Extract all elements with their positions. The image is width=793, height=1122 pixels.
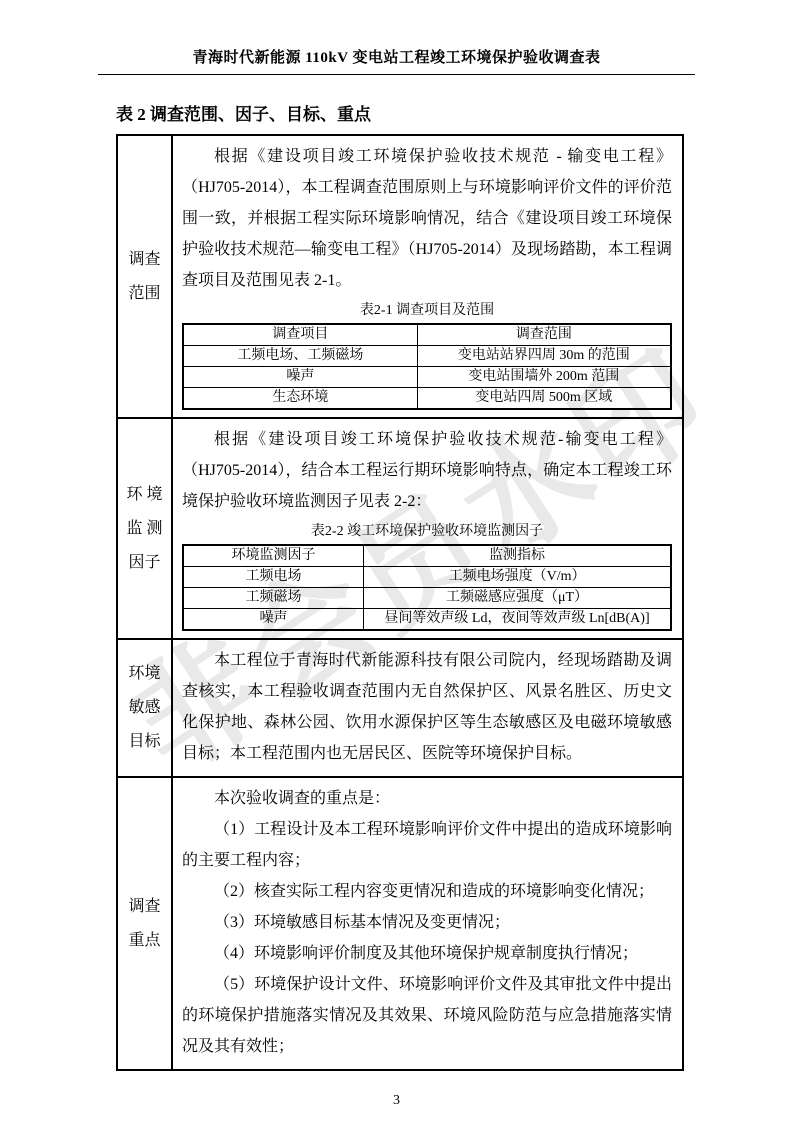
subtable-2-2-col1-header: 环境监测因子	[183, 545, 364, 567]
survey-scope-table: 调查 范围 根据《建设项目竣工环境保护验收技术规范 - 输变电工程》（HJ705…	[116, 134, 684, 1071]
subtable-cell-indicator: 工频电场强度（V/m）	[364, 567, 671, 588]
row-label-line: 环 境	[121, 478, 168, 512]
targets-paragraph: 本工程位于青海时代新能源科技有限公司院内，经现场踏勘及调查核实，本工程验收调查范…	[182, 645, 672, 769]
row-label-targets: 环境 敏感 目标	[117, 639, 172, 777]
row-content-focus: 本次验收调查的重点是： （1）工程设计及本工程环境影响评价文件中提出的造成环境影…	[172, 777, 683, 1070]
row-label-line: 敏感	[121, 691, 168, 725]
document-page: 青海时代新能源 110kV 变电站工程竣工环境保护验收调查表 表 2 调查范围、…	[0, 46, 793, 1109]
table-row: 工频磁场 工频磁感应强度（μT）	[183, 588, 671, 609]
row-content-scope: 根据《建设项目竣工环境保护验收技术规范 - 输变电工程》（HJ705-2014）…	[172, 135, 683, 418]
section-heading: 表 2 调查范围、因子、目标、重点	[116, 100, 793, 125]
factors-paragraph: 根据《建设项目竣工环境保护验收技术规范-输变电工程》（HJ705-2014），结…	[182, 424, 672, 517]
table-row: 噪声 昼间等效声级 Ld，夜间等效声级 Ln[dB(A)]	[183, 609, 671, 631]
row-label-focus: 调查 重点	[117, 777, 172, 1070]
row-label-scope: 调查 范围	[117, 135, 172, 418]
subtable-2-1: 调查项目 调查范围 工频电场、工频磁场 变电站站界四周 30m 的范围 噪声 变…	[182, 323, 672, 410]
table-row: 工频电场 工频电场强度（V/m）	[183, 567, 671, 588]
subtable-2-1-col1-header: 调查项目	[183, 324, 417, 346]
subtable-2-2-caption: 表2-2 竣工环境保护验收环境监测因子	[182, 517, 672, 544]
row-label-line: 调查	[121, 243, 168, 277]
focus-item-5: （5）环境保护设计文件、环境影响评价文件及其审批文件中提出的环境保护措施落实情况…	[182, 969, 672, 1062]
focus-item-4: （4）环境影响评价制度及其他环境保护规章制度执行情况；	[182, 938, 672, 969]
subtable-cell-range: 变电站站界四周 30m 的范围	[417, 346, 671, 367]
scope-paragraph: 根据《建设项目竣工环境保护验收技术规范 - 输变电工程》（HJ705-2014）…	[182, 141, 672, 296]
subtable-header-row: 调查项目 调查范围	[183, 324, 671, 346]
subtable-cell-range: 变电站四周 500m 区域	[417, 388, 671, 410]
subtable-2-1-col2-header: 调查范围	[417, 324, 671, 346]
row-label-line: 环境	[121, 657, 168, 691]
subtable-cell-factor: 工频磁场	[183, 588, 364, 609]
subtable-2-1-caption: 表2-1 调查项目及范围	[182, 296, 672, 323]
table-row-scope: 调查 范围 根据《建设项目竣工环境保护验收技术规范 - 输变电工程》（HJ705…	[117, 135, 683, 418]
focus-item-2: （2）核查实际工程内容变更情况和造成的环境影响变化情况；	[182, 876, 672, 907]
subtable-cell-indicator: 昼间等效声级 Ld，夜间等效声级 Ln[dB(A)]	[364, 609, 671, 631]
subtable-2-2: 环境监测因子 监测指标 工频电场 工频电场强度（V/m） 工频磁场 工频磁感应强…	[182, 544, 672, 631]
subtable-cell-item: 噪声	[183, 367, 417, 388]
row-label-line: 目标	[121, 725, 168, 759]
subtable-cell-indicator: 工频磁感应强度（μT）	[364, 588, 671, 609]
subtable-cell-range: 变电站围墙外 200m 范围	[417, 367, 671, 388]
subtable-cell-item: 工频电场、工频磁场	[183, 346, 417, 367]
subtable-cell-factor: 噪声	[183, 609, 364, 631]
table-row-sensitive-targets: 环境 敏感 目标 本工程位于青海时代新能源科技有限公司院内，经现场踏勘及调查核实…	[117, 639, 683, 777]
row-label-factors: 环 境 监 测 因子	[117, 418, 172, 639]
row-label-line: 监 测	[121, 512, 168, 546]
focus-item-1: （1）工程设计及本工程环境影响评价文件中提出的造成环境影响的主要工程内容；	[182, 814, 672, 876]
document-header-title: 青海时代新能源 110kV 变电站工程竣工环境保护验收调查表	[98, 46, 695, 75]
subtable-cell-item: 生态环境	[183, 388, 417, 410]
row-label-line: 调查	[121, 890, 168, 924]
table-row: 噪声 变电站围墙外 200m 范围	[183, 367, 671, 388]
subtable-header-row: 环境监测因子 监测指标	[183, 545, 671, 567]
focus-intro: 本次验收调查的重点是：	[182, 783, 672, 814]
table-row-survey-focus: 调查 重点 本次验收调查的重点是： （1）工程设计及本工程环境影响评价文件中提出…	[117, 777, 683, 1070]
table-row: 工频电场、工频磁场 变电站站界四周 30m 的范围	[183, 346, 671, 367]
row-label-line: 因子	[121, 546, 168, 580]
subtable-2-2-col2-header: 监测指标	[364, 545, 671, 567]
subtable-cell-factor: 工频电场	[183, 567, 364, 588]
row-content-factors: 根据《建设项目竣工环境保护验收技术规范-输变电工程》（HJ705-2014），结…	[172, 418, 683, 639]
page-number: 3	[0, 1093, 793, 1109]
focus-item-3: （3）环境敏感目标基本情况及变更情况；	[182, 907, 672, 938]
row-label-line: 范围	[121, 277, 168, 311]
table-row-monitoring-factors: 环 境 监 测 因子 根据《建设项目竣工环境保护验收技术规范-输变电工程》（HJ…	[117, 418, 683, 639]
table-row: 生态环境 变电站四周 500m 区域	[183, 388, 671, 410]
row-content-targets: 本工程位于青海时代新能源科技有限公司院内，经现场踏勘及调查核实，本工程验收调查范…	[172, 639, 683, 777]
row-label-line: 重点	[121, 924, 168, 958]
